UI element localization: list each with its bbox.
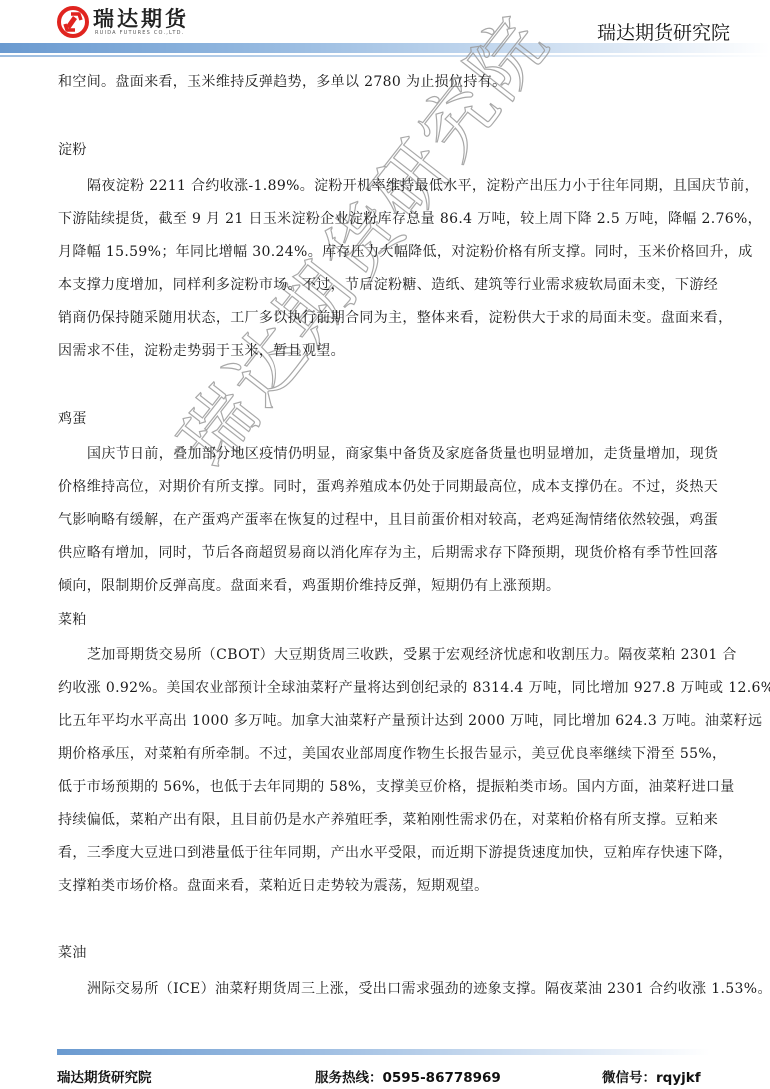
page-header: 瑞达期货 RUIDA FUTURES CO.,LTD. 瑞达期货研究院	[0, 0, 770, 60]
paragraph-line: 价格维持高位，对期价有所支撑。同时，蛋鸡养殖成本仍处于同期最高位，成本支撑仍在。…	[58, 477, 766, 497]
logo-english-name: RUIDA FUTURES CO.,LTD.	[95, 30, 189, 37]
paragraph-line: 支撑粕类市场价格。盘面来看，菜粕近日走势较为震荡，短期观望。	[58, 876, 766, 896]
page-footer: 瑞达期货研究院 服务热线：0595-86778969 微信号：rqyjkf	[57, 1066, 717, 1086]
footer-hotline: 服务热线：0595-86778969	[315, 1066, 501, 1086]
paragraph-line: 月降幅 15.59%；年同比增幅 30.24%。库存压力大幅降低，对淀粉价格有所…	[58, 242, 766, 262]
footer-wechat: 微信号：rqyjkf	[602, 1066, 701, 1086]
section-title-starch: 淀粉	[58, 140, 766, 160]
footer-org-name: 瑞达期货研究院	[57, 1066, 152, 1086]
section-title-rapeseed-oil: 菜油	[58, 943, 766, 963]
section-title-eggs: 鸡蛋	[58, 409, 766, 429]
paragraph-line: 洲际交易所（ICE）油菜籽期货周三上涨，受出口需求强劲的迹象支撑。隔夜菜油 23…	[58, 979, 770, 999]
header-divider-line	[0, 55, 770, 57]
paragraph-line: 隔夜淀粉 2211 合约收涨-1.89%。淀粉开机率维持最低水平，淀粉产出压力小…	[58, 176, 770, 196]
paragraph-line: 气影响略有缓解，在产蛋鸡产蛋率在恢复的过程中，且目前蛋价相对较高，老鸡延淘情绪依…	[58, 510, 766, 530]
header-divider-band	[0, 43, 770, 53]
paragraph-line: 芝加哥期货交易所（CBOT）大豆期货周三收跌，受累于宏观经济忧虑和收割压力。隔夜…	[58, 645, 770, 665]
paragraph-line: 期价格承压，对菜粕有所牵制。不过，美国农业部周度作物生长报告显示，美豆优良率继续…	[58, 744, 766, 764]
paragraph-line: 比五年平均水平高出 1000 多万吨。加拿大油菜籽产量预计达到 2000 万吨，…	[58, 711, 766, 731]
paragraph-line: 持续偏低，菜粕产出有限，且目前仍是水产养殖旺季，菜粕刚性需求仍在，对菜粕价格有所…	[58, 810, 766, 830]
paragraph-line: 下游陆续提货，截至 9 月 21 日玉米淀粉企业淀粉库存总量 86.4 万吨，较…	[58, 209, 766, 229]
paragraph-line: 倾向，限制期价反弹高度。盘面来看，鸡蛋期价维持反弹，短期仍有上涨预期。	[58, 576, 766, 596]
paragraph-line: 和空间。盘面来看，玉米维持反弹趋势，多单以 2780 为止损位持有。	[58, 72, 766, 92]
section-title-rapeseed-meal: 菜粕	[58, 610, 766, 630]
logo-chinese-name: 瑞达期货	[93, 8, 189, 30]
paragraph-line: 销商仍保持随采随用状态，工厂多以执行前期合同为主，整体来看，淀粉供大于求的局面未…	[58, 308, 766, 328]
ruida-logo-icon	[57, 6, 89, 38]
paragraph-line: 供应略有增加，同时，节后各商超贸易商以消化库存为主，后期需求存下降预期，现货价格…	[58, 543, 766, 563]
paragraph-line: 国庆节日前，叠加部分地区疫情仍明显，商家集中备货及家庭备货量也明显增加，走货量增…	[58, 444, 770, 464]
paragraph-line: 因需求不佳，淀粉走势弱于玉米，暂且观望。	[58, 341, 766, 361]
company-logo: 瑞达期货 RUIDA FUTURES CO.,LTD.	[57, 5, 189, 39]
paragraph-line: 约收涨 0.92%。美国农业部预计全球油菜籽产量将达到创纪录的 8314.4 万…	[58, 678, 766, 698]
paragraph-line: 本支撑力度增加，同样利多淀粉市场。不过，节后淀粉糖、造纸、建筑等行业需求疲软局面…	[58, 275, 766, 295]
header-title: 瑞达期货研究院	[597, 18, 730, 45]
footer-divider-band	[57, 1049, 710, 1055]
paragraph-line: 低于市场预期的 56%，也低于去年同期的 58%，支撑美豆价格，提振粕类市场。国…	[58, 777, 766, 797]
paragraph-line: 看，三季度大豆进口到港量低于往年同期，产出水平受限，而近期下游提货速度加快，豆粕…	[58, 843, 766, 863]
